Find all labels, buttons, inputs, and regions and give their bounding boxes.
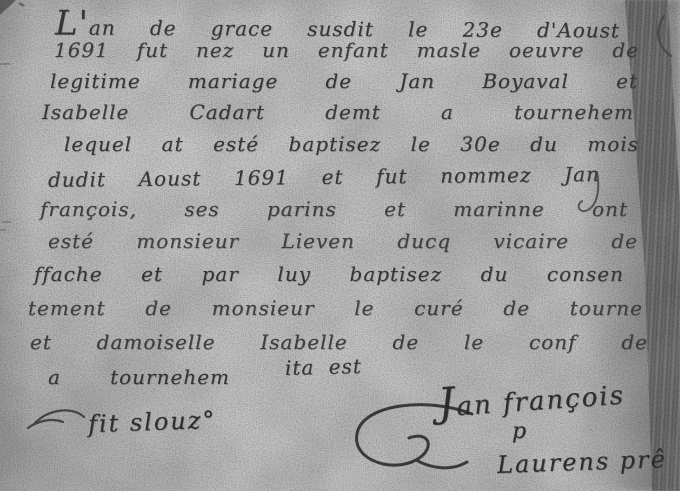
manuscript-line-10: tement de monsieur le curé de tourne xyxy=(28,297,643,320)
manuscript-line-12: a tournehem xyxy=(48,366,230,389)
manuscript-line-11: et damoiselle Isabelle de le conf de xyxy=(30,331,648,354)
scanned-baptism-record-page: L'an de grace susdit le 23e d'Aoust 1691… xyxy=(0,0,680,491)
manuscript-line-8: esté monsieur Lieven ducq vicaire de xyxy=(48,230,638,253)
manuscript-line-7: françois, ses parins et marinne ont xyxy=(40,198,628,221)
corner-blot xyxy=(0,0,16,15)
manuscript-line-4: Isabelle Cadart demt a tournehem xyxy=(42,101,634,124)
signature-left: fit slouz° xyxy=(88,406,217,438)
manuscript-line-9: ffache et par luy baptisez du consen xyxy=(34,263,624,286)
manuscript-line-6: dudit Aoust 1691 et fut nommez Jan xyxy=(48,163,600,192)
manuscript-line-2: 1691 fut nez un enfant masle oeuvre de xyxy=(54,39,639,62)
manuscript-line-5: lequel at esté baptisez le 30e du mois xyxy=(64,133,639,156)
manuscript-line-ita-est: ita est xyxy=(285,355,362,380)
manuscript-line-3: legitime mariage de Jan Boyaval et xyxy=(50,70,638,93)
signature-laurens-priest: Laurens prê xyxy=(497,445,668,479)
left-signature-swash xyxy=(28,410,84,428)
signature-initial-mark: p xyxy=(512,419,526,444)
